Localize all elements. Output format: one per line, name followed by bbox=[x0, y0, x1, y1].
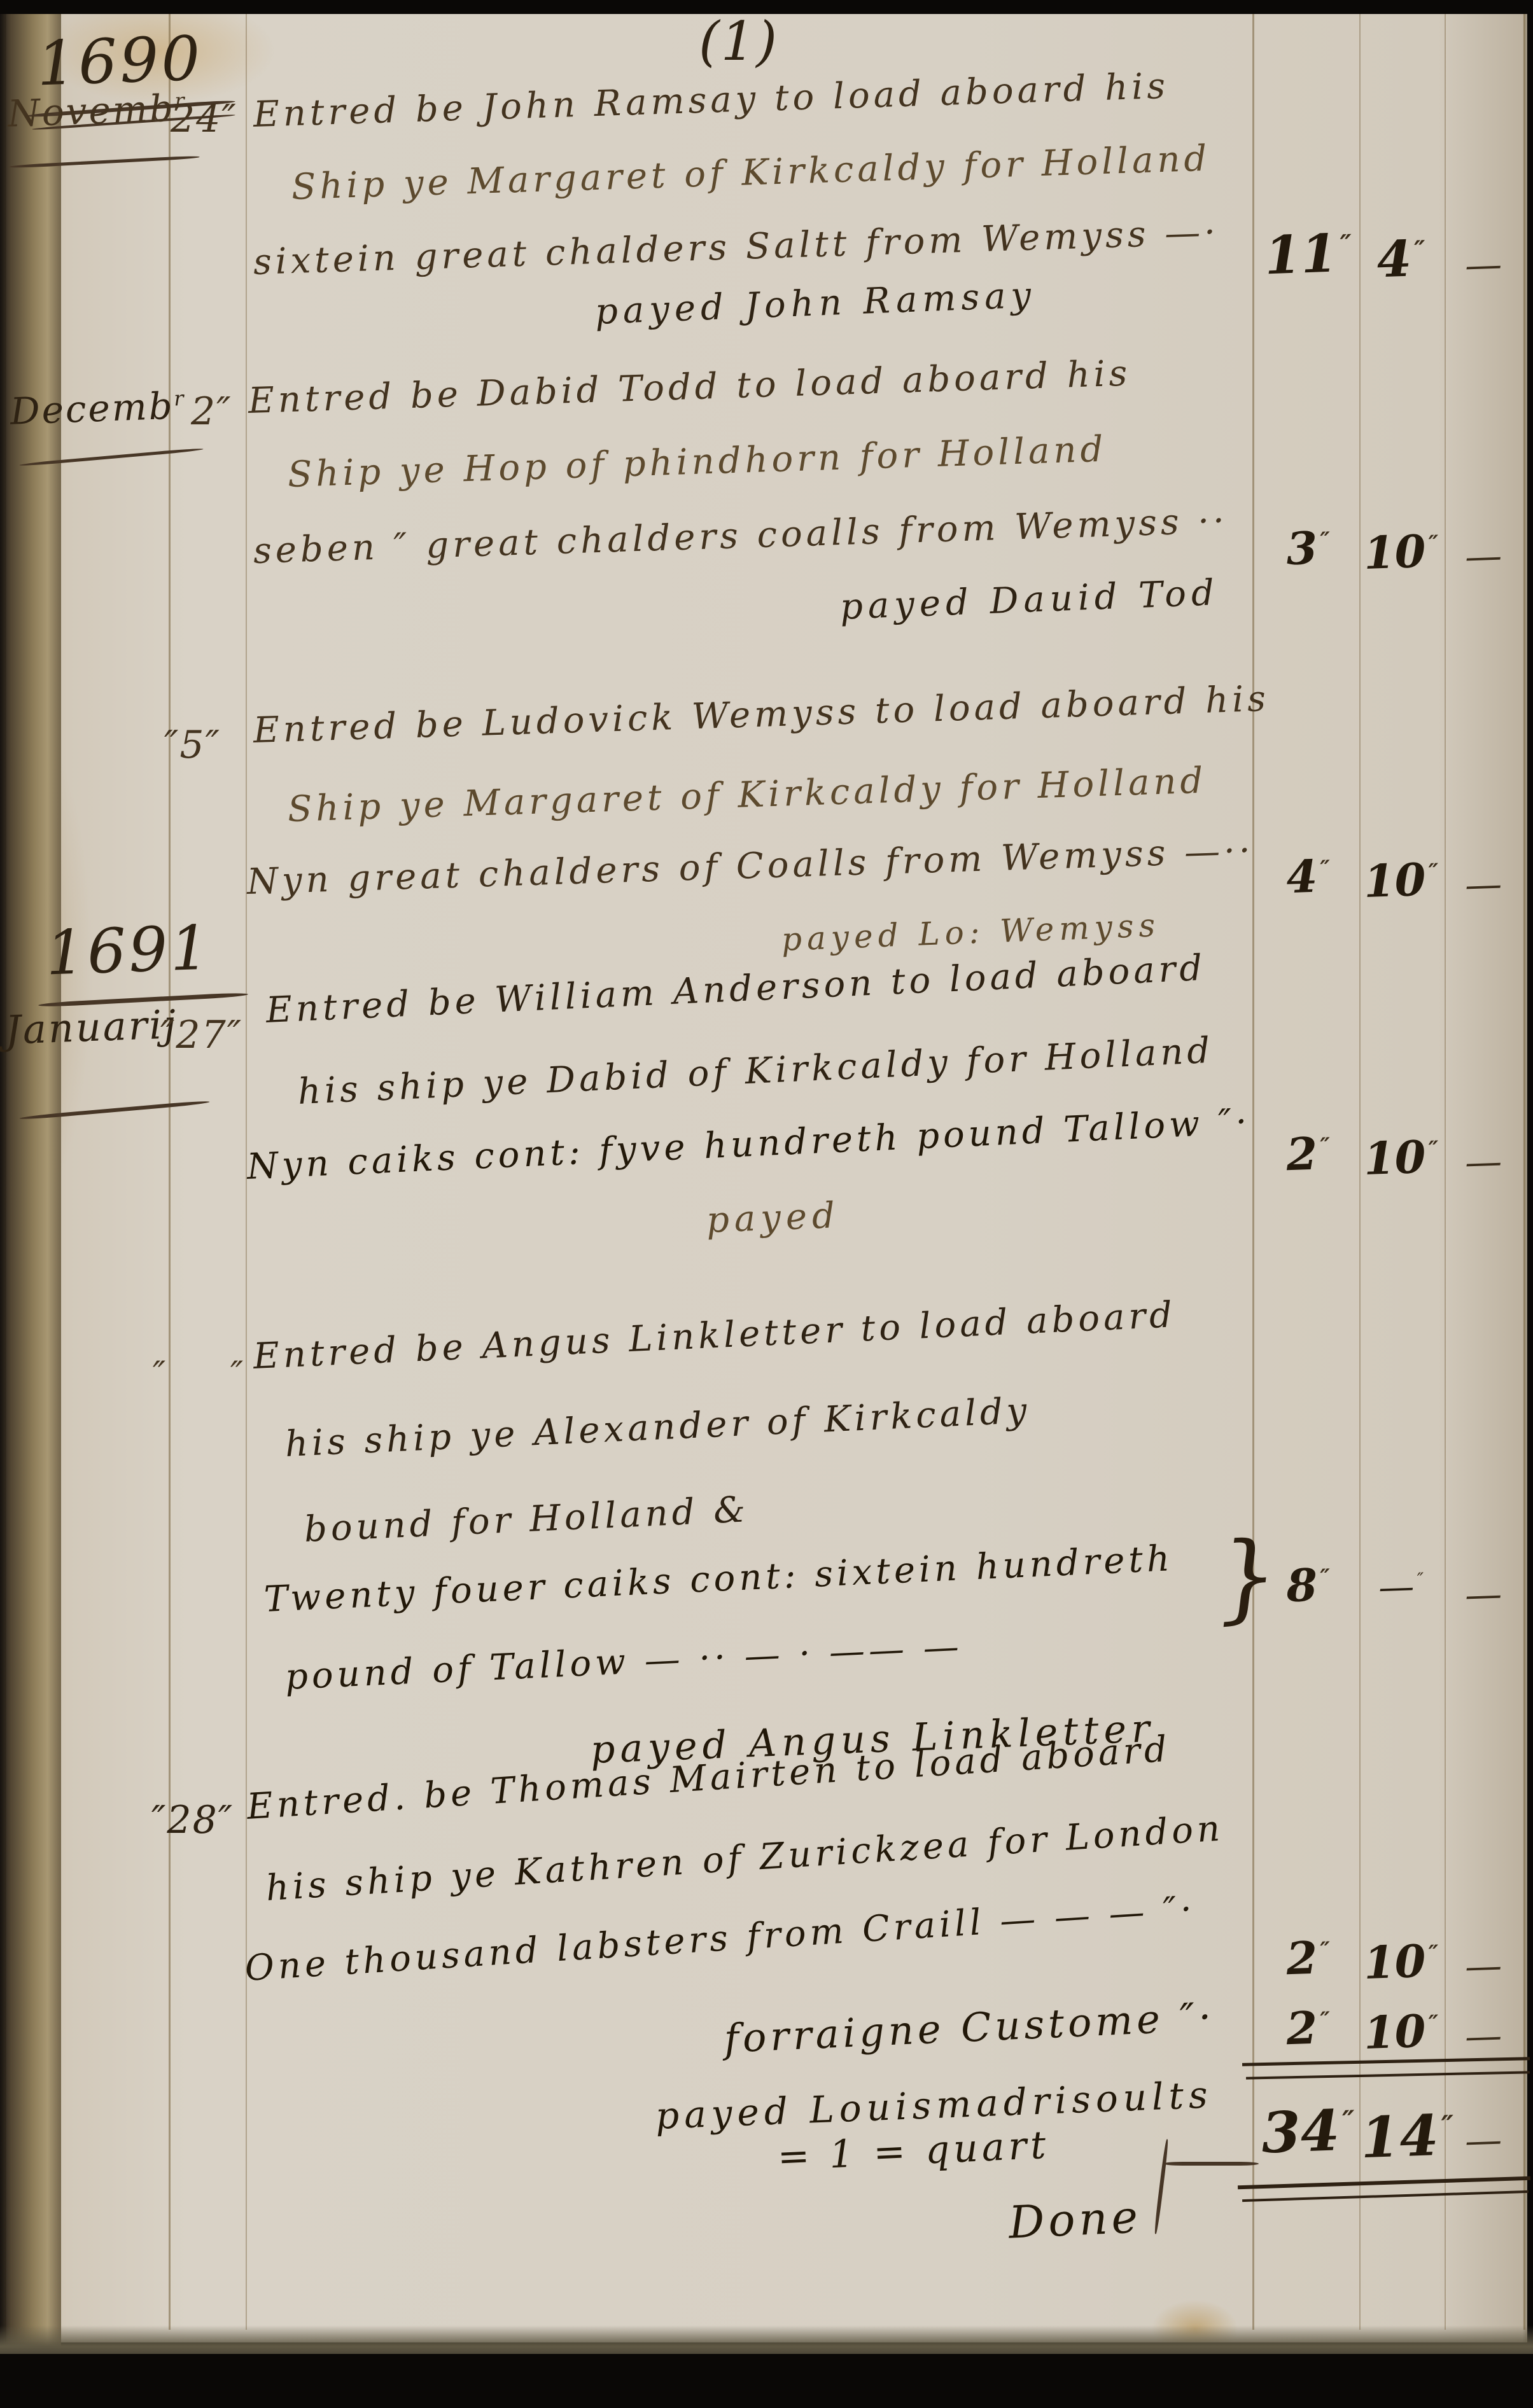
amount-shillings: 10 bbox=[1360, 1130, 1443, 1185]
month-label-january: Januarij bbox=[4, 1001, 179, 1053]
column-rule-pounds bbox=[1252, 14, 1254, 2330]
amount-pounds: 11 bbox=[1257, 222, 1359, 286]
amount-shillings: 4 bbox=[1359, 229, 1443, 289]
binding-edge bbox=[0, 0, 61, 2408]
amount-shillings: 10 bbox=[1360, 1934, 1443, 1989]
total-pence: — bbox=[1445, 2117, 1522, 2163]
page-edge-rule bbox=[1523, 14, 1525, 2330]
amount-pounds: 2 bbox=[1258, 2000, 1359, 2056]
done-crossbar bbox=[1163, 2162, 1259, 2166]
amount-shillings: 10 bbox=[1360, 853, 1443, 908]
day-label-e4: ″27″ bbox=[160, 1013, 242, 1057]
amount-pounds: 8 bbox=[1258, 1557, 1359, 1613]
right-frame bbox=[1527, 0, 1533, 2408]
ditto-mark-day: ″ bbox=[230, 1354, 243, 1394]
manuscript-photo: 1690 (1) Novembr 24″ Entred be John Rams… bbox=[0, 0, 1533, 2408]
payed-line: payed bbox=[706, 1195, 841, 1241]
amount-pounds: 2 bbox=[1258, 1125, 1359, 1181]
amount-pence: — bbox=[1445, 2013, 1522, 2059]
ditto-mark-month: ″ bbox=[153, 1354, 165, 1394]
amount-pence: — bbox=[1445, 1139, 1522, 1185]
amount-pence: — bbox=[1445, 242, 1522, 288]
total-pounds: 34 bbox=[1257, 2096, 1359, 2166]
amount-shillings: — bbox=[1360, 1565, 1443, 1609]
amount-pence: — bbox=[1445, 1943, 1522, 1989]
column-rule-shillings bbox=[1359, 14, 1361, 2330]
done-label: Done bbox=[1007, 2190, 1142, 2248]
amount-shillings: 10 bbox=[1360, 2004, 1443, 2059]
day-label-e2: 2″ bbox=[191, 389, 232, 434]
day-label-e6: ″28″ bbox=[151, 1798, 234, 1842]
month-label-november: Novembr bbox=[7, 86, 185, 136]
amount-shillings: 10 bbox=[1360, 524, 1443, 580]
day-label-e1: 24″ bbox=[171, 97, 237, 141]
amount-pounds: 4 bbox=[1258, 848, 1359, 904]
bottom-frame bbox=[0, 2354, 1533, 2408]
month-label-december: Decembr bbox=[10, 384, 185, 433]
amount-pence: — bbox=[1445, 1571, 1522, 1617]
year-1691: 1691 bbox=[45, 912, 213, 989]
day-label-e3: ″5″ bbox=[164, 723, 221, 767]
page-number: (1) bbox=[699, 10, 778, 73]
amount-pence: — bbox=[1445, 533, 1522, 579]
amount-pounds: 2 bbox=[1258, 1930, 1359, 1986]
amount-pence: — bbox=[1445, 861, 1522, 907]
total-shillings: 14 bbox=[1359, 2102, 1443, 2171]
amount-pounds: 3 bbox=[1258, 520, 1359, 576]
column-rule-month bbox=[169, 14, 171, 2330]
